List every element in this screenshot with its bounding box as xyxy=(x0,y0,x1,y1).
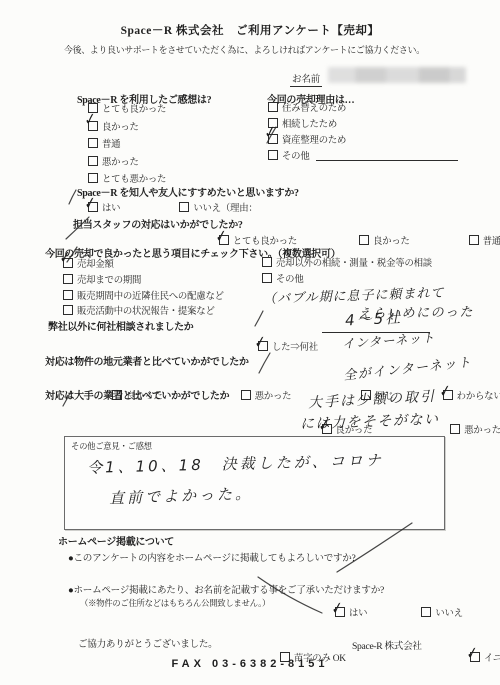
option-label: 販売活動中の状況報告・提案など xyxy=(77,307,215,317)
handwritten-check-icon: ✓ xyxy=(330,600,344,618)
checkbox-icon xyxy=(268,150,278,160)
other-reason-blank-line xyxy=(316,150,458,161)
option-label: した⇒何社 xyxy=(272,343,318,353)
pen-stroke-recommend-tail xyxy=(69,190,76,204)
checkbox-impression-good: 良かった✓ xyxy=(88,120,166,138)
checkbox-icon xyxy=(262,273,272,283)
checkbox-local-unknown: わからない✓ xyxy=(443,392,500,402)
checkbox-good-period: 売却までの期間✓ xyxy=(63,274,224,290)
option-label: 売却金額 xyxy=(77,260,114,270)
option-label: 住み替えのため xyxy=(282,104,346,114)
homepage-q2-note: （※物件のご住所などはもちろん公開致しません。） xyxy=(80,597,270,609)
q-local-label: 対応は物件の地元業者と比べていかがでしたか xyxy=(45,353,249,368)
option-label: 悪かった xyxy=(102,158,139,168)
option-label: 普通 xyxy=(483,237,500,247)
handwritten-check-icon: ✓ xyxy=(214,228,228,246)
handwriting-consult-answer: 4〜5社 xyxy=(344,307,402,331)
handwritten-check-icon: ✓ xyxy=(58,249,72,267)
checkbox-reason-inheritance: 相続したため✓ xyxy=(268,117,458,133)
option-label: とても良かった xyxy=(102,105,166,115)
checkbox-icon xyxy=(63,274,73,284)
checkbox-recommend-no: いいえ（理由：✓ xyxy=(179,204,257,214)
pen-stroke-local-tail xyxy=(259,353,270,373)
checkbox-staff-good: 良かった✓ xyxy=(359,237,410,247)
checkbox-impression-very-good: とても良かった✓ xyxy=(88,102,166,120)
option-label: その他 xyxy=(282,152,310,162)
checkbox-major-bad: 悪かった✓ xyxy=(450,426,500,436)
checkbox-icon xyxy=(88,138,98,148)
checkbox-icon xyxy=(469,235,479,245)
option-label: はい xyxy=(102,204,120,214)
homepage-q1: ●このアンケートの内容をホームページに掲載してもよろしいですか? xyxy=(68,550,356,564)
checkbox-good-consult: 売却以外の相続・測量・税金等の相談✓ xyxy=(262,256,432,272)
checkbox-local-bad: 悪かった✓ xyxy=(241,392,292,402)
handwritten-check-icon: ✓ xyxy=(83,195,97,213)
checkbox-good-price: 売却金額✓ xyxy=(63,258,224,274)
checkbox-recommend-yes: はい✓ xyxy=(88,204,120,214)
option-label: いいえ xyxy=(435,609,463,619)
comments-box: その他ご意見・ご感想 令1、10、18 決裁したが、コロナ 直前でよかった。 xyxy=(64,436,445,530)
checkbox-homepage-no: いいえ✓ xyxy=(421,609,463,619)
option-label: 売却以外の相続・測量・税金等の相談 xyxy=(276,259,432,269)
q-recommend-label: Space－R を知人や友人にすすめたいと思いますか? xyxy=(77,184,299,199)
homepage-title: ホームページ掲載について xyxy=(58,533,174,548)
homepage-q2: ●ホームページ掲載にあたり、お名前を記載する事をご了承いただけますか? xyxy=(68,582,384,596)
option-label: 良かった xyxy=(102,123,139,133)
checkbox-reason-other: その他✓ xyxy=(268,149,458,165)
option-label: 売却までの期間 xyxy=(77,276,141,286)
scanned-survey-form: Space－R 株式会社 ご利用アンケート【売却】 今後、より良いサポートをさせ… xyxy=(0,0,500,685)
option-label: はい xyxy=(349,609,367,619)
handwritten-check-icon: ✓ xyxy=(263,124,277,142)
option-label: わからない xyxy=(457,392,500,402)
checkbox-impression-normal: 普通✓ xyxy=(88,137,166,155)
checkbox-icon xyxy=(241,390,251,400)
checkbox-homepage-yes: はい✓ xyxy=(335,609,367,619)
checkbox-icon xyxy=(63,305,73,315)
redacted-name-value xyxy=(328,67,466,83)
name-label: お名前 xyxy=(290,71,322,87)
option-label: いいえ（理由： xyxy=(193,204,257,214)
checkbox-icon xyxy=(63,290,73,300)
option-label: 悪かった xyxy=(255,392,292,402)
checkbox-consult-did: した⇒何社✓ xyxy=(258,343,318,353)
checkbox-icon xyxy=(359,235,369,245)
q-reason-options: 住み替えのため✓ 相続したため✓ 資産整理のため✓ その他✓ xyxy=(268,101,458,165)
option-label: 相続したため xyxy=(282,120,337,130)
pen-stroke-consult-tail xyxy=(255,311,263,326)
checkbox-reason-move: 住み替えのため✓ xyxy=(268,101,458,117)
option-label: その他 xyxy=(276,275,304,285)
checkbox-icon xyxy=(421,607,431,617)
option-label: 販売期間中の近隣住民への配慮など xyxy=(77,292,224,302)
checkbox-icon xyxy=(88,156,98,166)
handwriting-major-line2: には力をそそがない xyxy=(300,409,440,434)
q-impression-options: とても良かった✓ 良かった✓ 普通✓ 悪かった✓ とても悪かった✓ xyxy=(88,102,166,190)
form-title: Space－R 株式会社 ご利用アンケート【売却】 xyxy=(0,22,500,38)
handwritten-check-icon: ✓ xyxy=(438,383,452,401)
option-label: 普通 xyxy=(102,140,120,150)
checkbox-icon xyxy=(179,202,189,212)
checkbox-reason-asset: 資産整理のため✓ xyxy=(268,133,458,149)
checkbox-icon xyxy=(262,257,272,267)
option-label: 良かった xyxy=(373,237,410,247)
option-label: 資産整理のため xyxy=(282,136,346,146)
q-major-label: 対応は大手の業者と比べていかがでしたか xyxy=(45,387,229,402)
checkbox-icon xyxy=(268,102,278,112)
pen-stroke-homepage-yes-slash xyxy=(337,523,412,572)
handwritten-check-icon: ✓ xyxy=(83,110,97,128)
fax-number: FAX 03-6382-8151 xyxy=(0,658,500,670)
handwriting-comment-line2: 直前でよかった。 xyxy=(109,482,254,508)
q-consult-label: 弊社以外に何社相談されましたか xyxy=(48,318,194,333)
option-label: 悪かった xyxy=(464,426,500,436)
comments-label: その他ご意見・ご感想 xyxy=(71,440,152,452)
thanks-text: ご協力ありがとうございました。 xyxy=(78,636,217,650)
checkbox-impression-bad: 悪かった✓ xyxy=(88,155,166,173)
checkbox-icon xyxy=(450,424,460,434)
checkbox-staff-normal: 普通✓ xyxy=(469,237,500,247)
handwriting-comment-line1: 令1、10、18 決裁したが、コロナ xyxy=(87,449,384,478)
checkbox-icon xyxy=(88,173,98,183)
q-good-points-left-options: 売却金額✓ 売却までの期間✓ 販売期間中の近隣住民への配慮など✓ 販売活動中の状… xyxy=(63,258,224,321)
checkbox-good-neighbors: 販売期間中の近隣住民への配慮など✓ xyxy=(63,290,224,306)
company-name: Space-R 株式会社 xyxy=(352,638,422,652)
handwritten-check-icon: ✓ xyxy=(253,334,267,352)
form-subtitle: 今後、より良いサポートをさせていただく為に、よろしければアンケートにご協力くださ… xyxy=(64,43,425,56)
handwriting-local-note: 全がインターネット xyxy=(342,351,473,383)
